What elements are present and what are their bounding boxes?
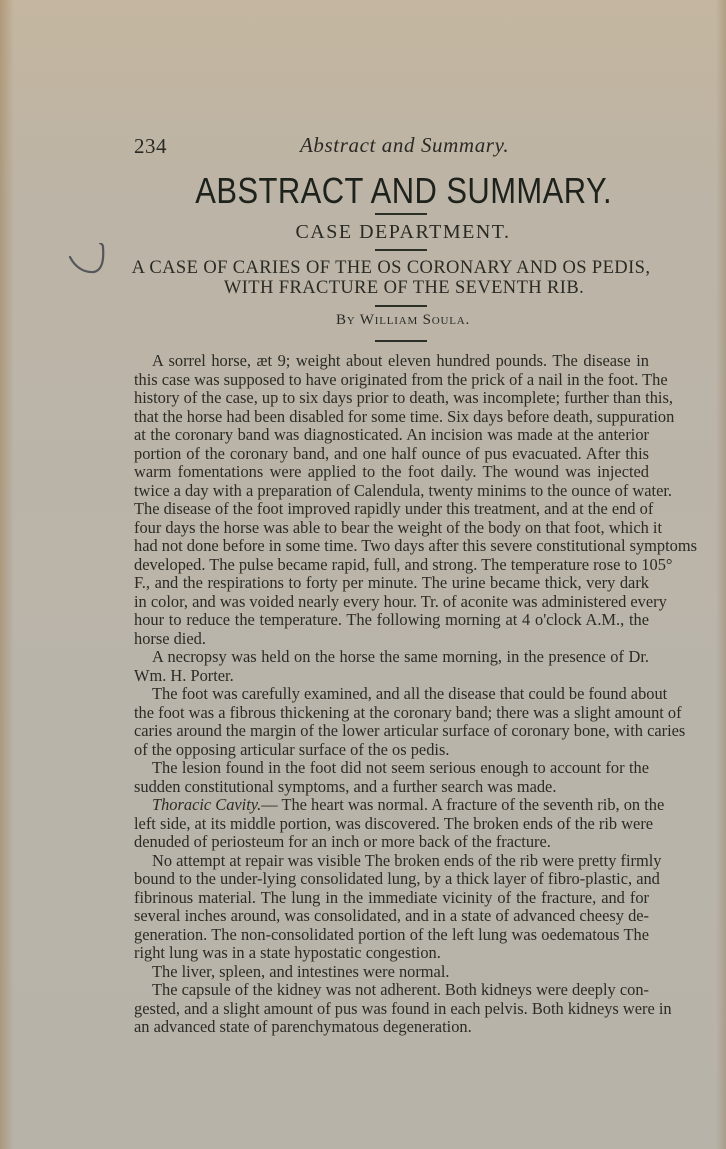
body-line-text: — The heart was normal. A fracture of th… bbox=[261, 796, 664, 815]
thoracic-cavity-label: Thoracic Cavity. bbox=[152, 796, 261, 815]
body-line: at the coronary band was diagnosticated.… bbox=[134, 426, 649, 445]
body-line: The liver, spleen, and intestines were n… bbox=[134, 963, 649, 982]
running-head: Abstract and Summary. bbox=[300, 133, 509, 158]
body-line: fibrinous material. The lung in the imme… bbox=[134, 889, 649, 908]
main-title: ABSTRACT AND SUMMARY. bbox=[57, 170, 681, 212]
body-line: The foot was carefully examined, and all… bbox=[134, 685, 649, 704]
body-line: Wm. H. Porter. bbox=[134, 667, 649, 686]
body-line: No attempt at repair was visible The bro… bbox=[134, 852, 649, 871]
body-line: portion of the coronary band, and one ha… bbox=[134, 445, 649, 464]
article-title: A CASE OF CARIES OF THE OS CORONARY AND … bbox=[134, 258, 674, 298]
body-line: an advanced state of parenchymatous dege… bbox=[134, 1018, 649, 1037]
divider-rule bbox=[375, 305, 427, 307]
body-line: developed. The pulse became rapid, full,… bbox=[134, 556, 649, 575]
body-line: history of the case, up to six days prio… bbox=[134, 389, 649, 408]
divider-rule bbox=[375, 249, 427, 251]
body-line: The disease of the foot improved rapidly… bbox=[134, 500, 649, 519]
body-line: horse died. bbox=[134, 630, 649, 649]
divider-rule bbox=[375, 340, 427, 342]
body-line: F., and the respirations to forty per mi… bbox=[134, 574, 649, 593]
body-line: The capsule of the kidney was not adhere… bbox=[134, 981, 649, 1000]
article-title-line-1: A CASE OF CARIES OF THE OS CORONARY AND … bbox=[108, 258, 674, 278]
body-line: right lung was in a state hypostatic con… bbox=[134, 944, 649, 963]
pencil-hook-mark-icon bbox=[68, 243, 110, 279]
page-edge-shadow-right bbox=[716, 0, 726, 1149]
body-line: that the horse had been disabled for som… bbox=[134, 408, 649, 427]
page-number: 234 bbox=[134, 134, 167, 159]
body-line: Thoracic Cavity. — The heart was normal.… bbox=[134, 796, 649, 815]
byline: By William Soula. bbox=[0, 312, 726, 329]
section-title: CASE DEPARTMENT. bbox=[0, 221, 726, 244]
body-line: sudden constitutional symptoms, and a fu… bbox=[134, 778, 649, 797]
body-line: the foot was a fibrous thickening at the… bbox=[134, 704, 649, 723]
body-line: of the opposing articular surface of the… bbox=[134, 741, 649, 760]
body-line: several inches around, was consolidated,… bbox=[134, 907, 649, 926]
body-line: this case was supposed to have originate… bbox=[134, 371, 649, 390]
body-line: twice a day with a preparation of Calend… bbox=[134, 482, 649, 501]
body-line: The lesion found in the foot did not see… bbox=[134, 759, 649, 778]
body-line: bound to the under-lying consolidated lu… bbox=[134, 870, 649, 889]
body-line: denuded of periosteum for an inch or mor… bbox=[134, 833, 649, 852]
divider-rule bbox=[375, 213, 427, 215]
body-line: had not done before in some time. Two da… bbox=[134, 537, 649, 556]
body-line: caries around the margin of the lower ar… bbox=[134, 722, 649, 741]
body-line: left side, at its middle portion, was di… bbox=[134, 815, 649, 834]
page-edge-shadow-left bbox=[0, 0, 14, 1149]
body-line: four days the horse was able to bear the… bbox=[134, 519, 649, 538]
body-line: gested, and a slight amount of pus was f… bbox=[134, 1000, 649, 1019]
body-line: hour to reduce the temperature. The foll… bbox=[134, 611, 649, 630]
body-line: generation. The non-consolidated portion… bbox=[134, 926, 649, 945]
article-title-line-2: WITH FRACTURE OF THE SEVENTH RIB. bbox=[134, 278, 674, 298]
body-line: warm fomentations were applied to the fo… bbox=[134, 463, 649, 482]
body-line: in color, and was voided nearly every ho… bbox=[134, 593, 649, 612]
body-line: A sorrel horse, æt 9; weight about eleve… bbox=[134, 352, 649, 371]
body-line: A necropsy was held on the horse the sam… bbox=[134, 648, 649, 667]
